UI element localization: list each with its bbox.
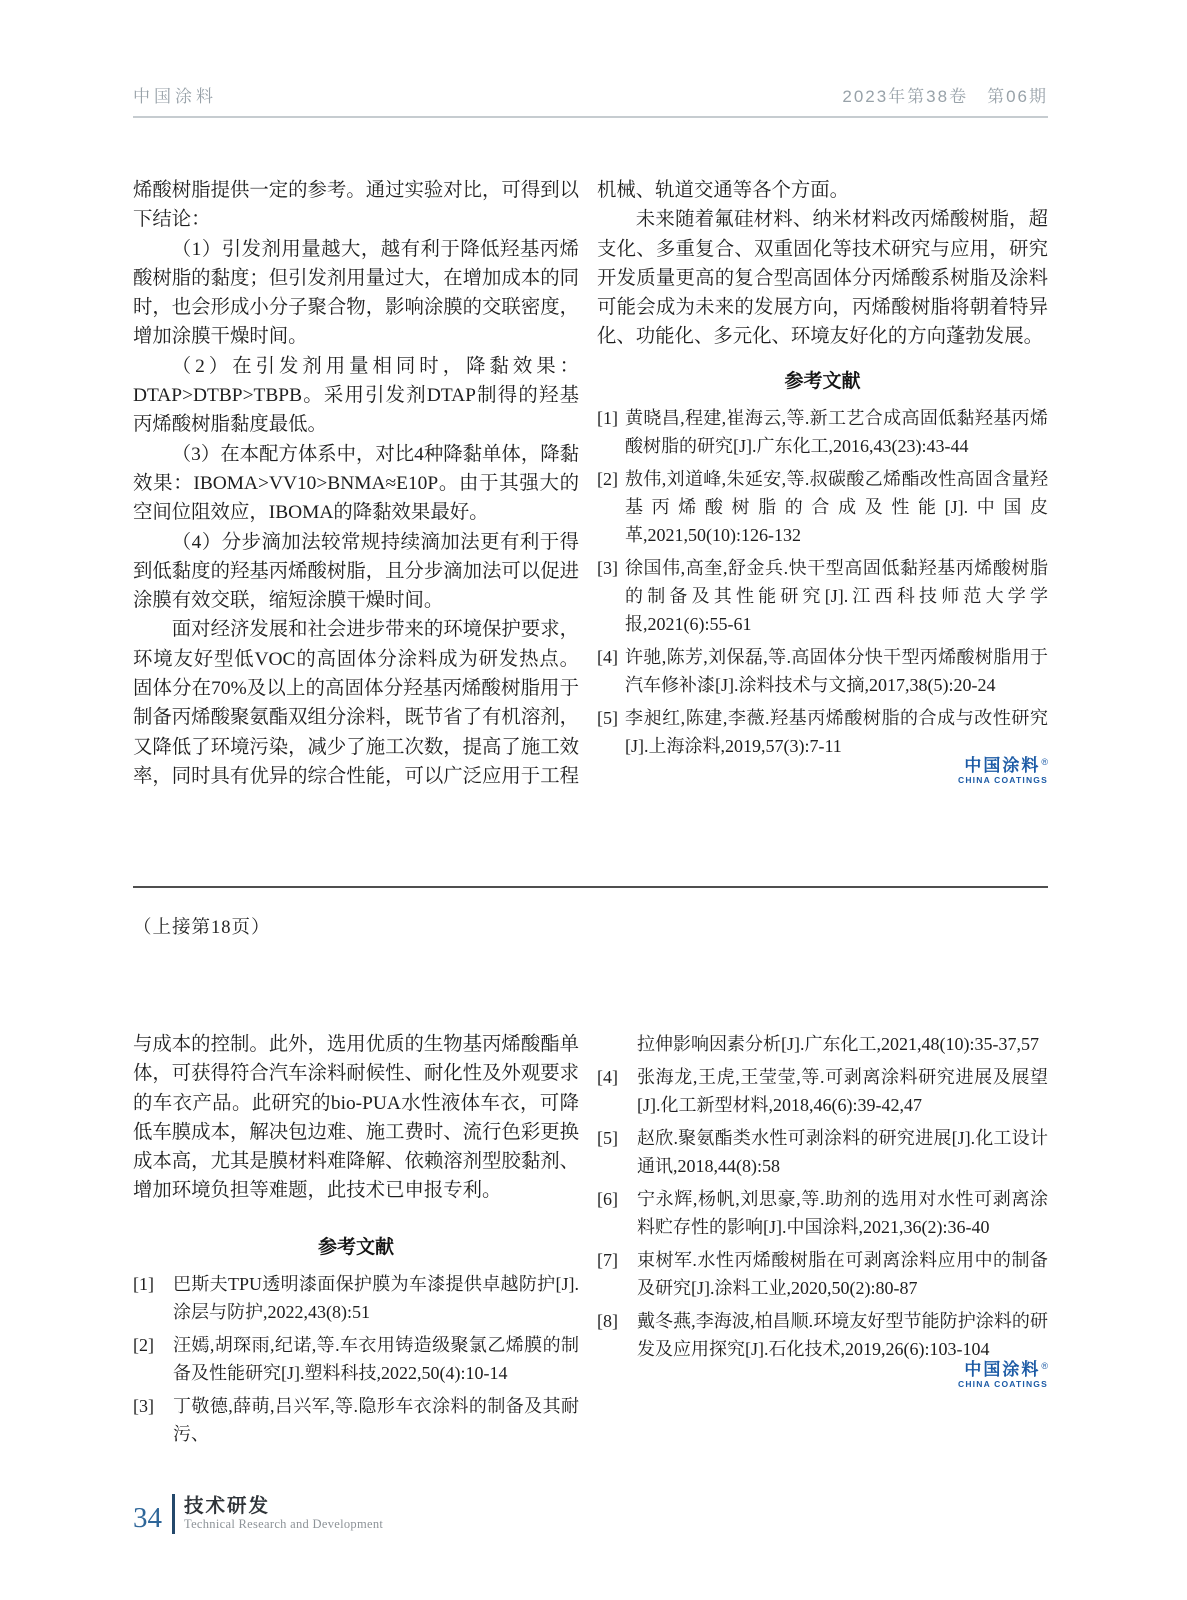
reference-text: 张海龙,王虎,王莹莹,等.可剥离涂料研究进展及展望[J].化工新型材料,2018…	[637, 1063, 1048, 1119]
reference-number: [4]	[597, 1063, 637, 1119]
reference-number: [3]	[597, 554, 625, 638]
reference-number: [3]	[133, 1392, 173, 1448]
reference-number: [7]	[597, 1246, 637, 1302]
reference-item: [5] 李昶红,陈建,李薇.羟基丙烯酸树脂的合成与改性研究[J].上海涂料,20…	[597, 704, 1048, 760]
reference-text: 李昶红,陈建,李薇.羟基丙烯酸树脂的合成与改性研究[J].上海涂料,2019,5…	[625, 704, 1048, 760]
china-coatings-logo: 中国涂料® CHINA COATINGS	[958, 1360, 1048, 1390]
journal-name: 中国涂料	[133, 82, 217, 107]
article2-right-column: 拉伸影响因素分析[J].广东化工,2021,48(10):35-37,57 [4…	[597, 1030, 1048, 1368]
reference-text: 汪嫣,胡琛雨,纪诺,等.车衣用铸造级聚氯乙烯膜的制备及性能研究[J].塑料科技,…	[173, 1331, 579, 1387]
china-coatings-logo: 中国涂料® CHINA COATINGS	[958, 756, 1048, 786]
reference-item: [7] 束树军.水性丙烯酸树脂在可剥离涂料应用中的制备及研究[J].涂料工业,2…	[597, 1246, 1048, 1302]
footer-divider-bar	[172, 1494, 175, 1534]
section-name-en: Technical Research and Development	[184, 1517, 383, 1532]
reference-continuation: 拉伸影响因素分析[J].广东化工,2021,48(10):35-37,57	[597, 1030, 1048, 1058]
reference-number: [2]	[133, 1331, 173, 1387]
continuation-note: （上接第18页）	[133, 913, 271, 939]
logo-cn-text: 中国涂料	[964, 756, 1040, 775]
section-name: 技术研发 Technical Research and Development	[184, 1495, 383, 1532]
logo-cn-text: 中国涂料	[964, 1360, 1040, 1379]
page-footer: 34 技术研发 Technical Research and Developme…	[133, 1492, 383, 1535]
paragraph: 面对经济发展和社会进步带来的环境保护要求，环境友好型低VOC的高固体分涂料成为研…	[133, 615, 579, 791]
reference-number: [5]	[597, 1124, 637, 1180]
reference-number: [8]	[597, 1307, 637, 1363]
reference-number: [5]	[597, 704, 625, 760]
logo-en-text: CHINA COATINGS	[958, 1380, 1048, 1390]
reference-number: [1]	[133, 1270, 173, 1326]
references-list: [1] 黄晓昌,程建,崔海云,等.新工艺合成高固低黏羟基丙烯酸树脂的研究[J].…	[597, 404, 1048, 760]
article1-right-column: 机械、轨道交通等各个方面。 未来随着氟硅材料、纳米材料改丙烯酸树脂，超支化、多重…	[597, 176, 1048, 765]
paragraph: （3）在本配方体系中，对比4种降黏单体，降黏效果：IBOMA>VV10>BNMA…	[133, 440, 579, 528]
reference-text: 敖伟,刘道峰,朱延安,等.叔碳酸乙烯酯改性高固含量羟基丙烯酸树脂的合成及性能[J…	[625, 465, 1048, 549]
references-heading: 参考文献	[597, 366, 1048, 393]
reference-item: [4] 许驰,陈芳,刘保磊,等.高固体分快干型丙烯酸树脂用于汽车修补漆[J].涂…	[597, 643, 1048, 699]
paragraph: （2）在引发剂用量相同时，降黏效果：DTAP>DTBP>TBPB。采用引发剂DT…	[133, 352, 579, 440]
reference-text: 巴斯夫TPU透明漆面保护膜为车漆提供卓越防护[J].涂层与防护,2022,43(…	[173, 1270, 579, 1326]
reference-text: 许驰,陈芳,刘保磊,等.高固体分快干型丙烯酸树脂用于汽车修补漆[J].涂料技术与…	[625, 643, 1048, 699]
reference-text: 徐国伟,高奎,舒金兵.快干型高固低黏羟基丙烯酸树脂的制备及其性能研究[J].江西…	[625, 554, 1048, 638]
paragraph: 烯酸树脂提供一定的参考。通过实验对比，可得到以下结论：	[133, 176, 579, 235]
journal-page: 中国涂料 2023年第38卷 第06期 烯酸树脂提供一定的参考。通过实验对比，可…	[0, 0, 1187, 1600]
reference-number: [2]	[597, 465, 625, 549]
reference-item: [5] 赵欣.聚氨酯类水性可剥涂料的研究进展[J].化工设计通讯,2018,44…	[597, 1124, 1048, 1180]
reference-text: 拉伸影响因素分析[J].广东化工,2021,48(10):35-37,57	[637, 1030, 1048, 1058]
article2-left-column: 与成本的控制。此外，选用优质的生物基丙烯酸酯单体，可获得符合汽车涂料耐候性、耐化…	[133, 1030, 579, 1453]
registered-mark: ®	[1041, 757, 1048, 767]
section-divider	[133, 886, 1048, 888]
reference-text: 黄晓昌,程建,崔海云,等.新工艺合成高固低黏羟基丙烯酸树脂的研究[J].广东化工…	[625, 404, 1048, 460]
reference-number: [4]	[597, 643, 625, 699]
issue-info: 2023年第38卷 第06期	[842, 82, 1048, 107]
paragraph: （1）引发剂用量越大，越有利于降低羟基丙烯酸树脂的黏度；但引发剂用量过大，在增加…	[133, 235, 579, 352]
reference-text: 宁永辉,杨帆,刘思豪,等.助剂的选用对水性可剥离涂料贮存性的影响[J].中国涂料…	[637, 1185, 1048, 1241]
reference-text: 丁敬德,薛萌,吕兴军,等.隐形车衣涂料的制备及其耐污、	[173, 1392, 579, 1448]
reference-item: [4] 张海龙,王虎,王莹莹,等.可剥离涂料研究进展及展望[J].化工新型材料,…	[597, 1063, 1048, 1119]
paragraph: 未来随着氟硅材料、纳米材料改丙烯酸树脂，超支化、多重复合、双重固化等技术研究与应…	[597, 205, 1048, 351]
reference-text: 赵欣.聚氨酯类水性可剥涂料的研究进展[J].化工设计通讯,2018,44(8):…	[637, 1124, 1048, 1180]
reference-number: [1]	[597, 404, 625, 460]
references-list: [1] 巴斯夫TPU透明漆面保护膜为车漆提供卓越防护[J].涂层与防护,2022…	[133, 1270, 579, 1448]
paragraph: 与成本的控制。此外，选用优质的生物基丙烯酸酯单体，可获得符合汽车涂料耐候性、耐化…	[133, 1030, 579, 1206]
section-name-cn: 技术研发	[184, 1495, 383, 1517]
reference-item: [3] 丁敬德,薛萌,吕兴军,等.隐形车衣涂料的制备及其耐污、	[133, 1392, 579, 1448]
paragraph: 机械、轨道交通等各个方面。	[597, 176, 1048, 205]
page-number: 34	[133, 1502, 162, 1535]
reference-number	[597, 1030, 637, 1058]
reference-text: 束树军.水性丙烯酸树脂在可剥离涂料应用中的制备及研究[J].涂料工业,2020,…	[637, 1246, 1048, 1302]
references-heading: 参考文献	[133, 1232, 579, 1259]
registered-mark: ®	[1041, 1361, 1048, 1371]
reference-number: [6]	[597, 1185, 637, 1241]
logo-en-text: CHINA COATINGS	[958, 776, 1048, 786]
reference-item: [3] 徐国伟,高奎,舒金兵.快干型高固低黏羟基丙烯酸树脂的制备及其性能研究[J…	[597, 554, 1048, 638]
reference-item: [6] 宁永辉,杨帆,刘思豪,等.助剂的选用对水性可剥离涂料贮存性的影响[J].…	[597, 1185, 1048, 1241]
article1-left-column: 烯酸树脂提供一定的参考。通过实验对比，可得到以下结论： （1）引发剂用量越大，越…	[133, 176, 579, 791]
reference-item: [2] 汪嫣,胡琛雨,纪诺,等.车衣用铸造级聚氯乙烯膜的制备及性能研究[J].塑…	[133, 1331, 579, 1387]
page-header: 中国涂料 2023年第38卷 第06期	[133, 82, 1048, 118]
reference-item: [1] 黄晓昌,程建,崔海云,等.新工艺合成高固低黏羟基丙烯酸树脂的研究[J].…	[597, 404, 1048, 460]
reference-item: [8] 戴冬燕,李海波,柏昌顺.环境友好型节能防护涂料的研发及应用探究[J].石…	[597, 1307, 1048, 1363]
paragraph: （4）分步滴加法较常规持续滴加法更有利于得到低黏度的羟基丙烯酸树脂，且分步滴加法…	[133, 528, 579, 616]
reference-item: [1] 巴斯夫TPU透明漆面保护膜为车漆提供卓越防护[J].涂层与防护,2022…	[133, 1270, 579, 1326]
reference-item: [2] 敖伟,刘道峰,朱延安,等.叔碳酸乙烯酯改性高固含量羟基丙烯酸树脂的合成及…	[597, 465, 1048, 549]
reference-text: 戴冬燕,李海波,柏昌顺.环境友好型节能防护涂料的研发及应用探究[J].石化技术,…	[637, 1307, 1048, 1363]
